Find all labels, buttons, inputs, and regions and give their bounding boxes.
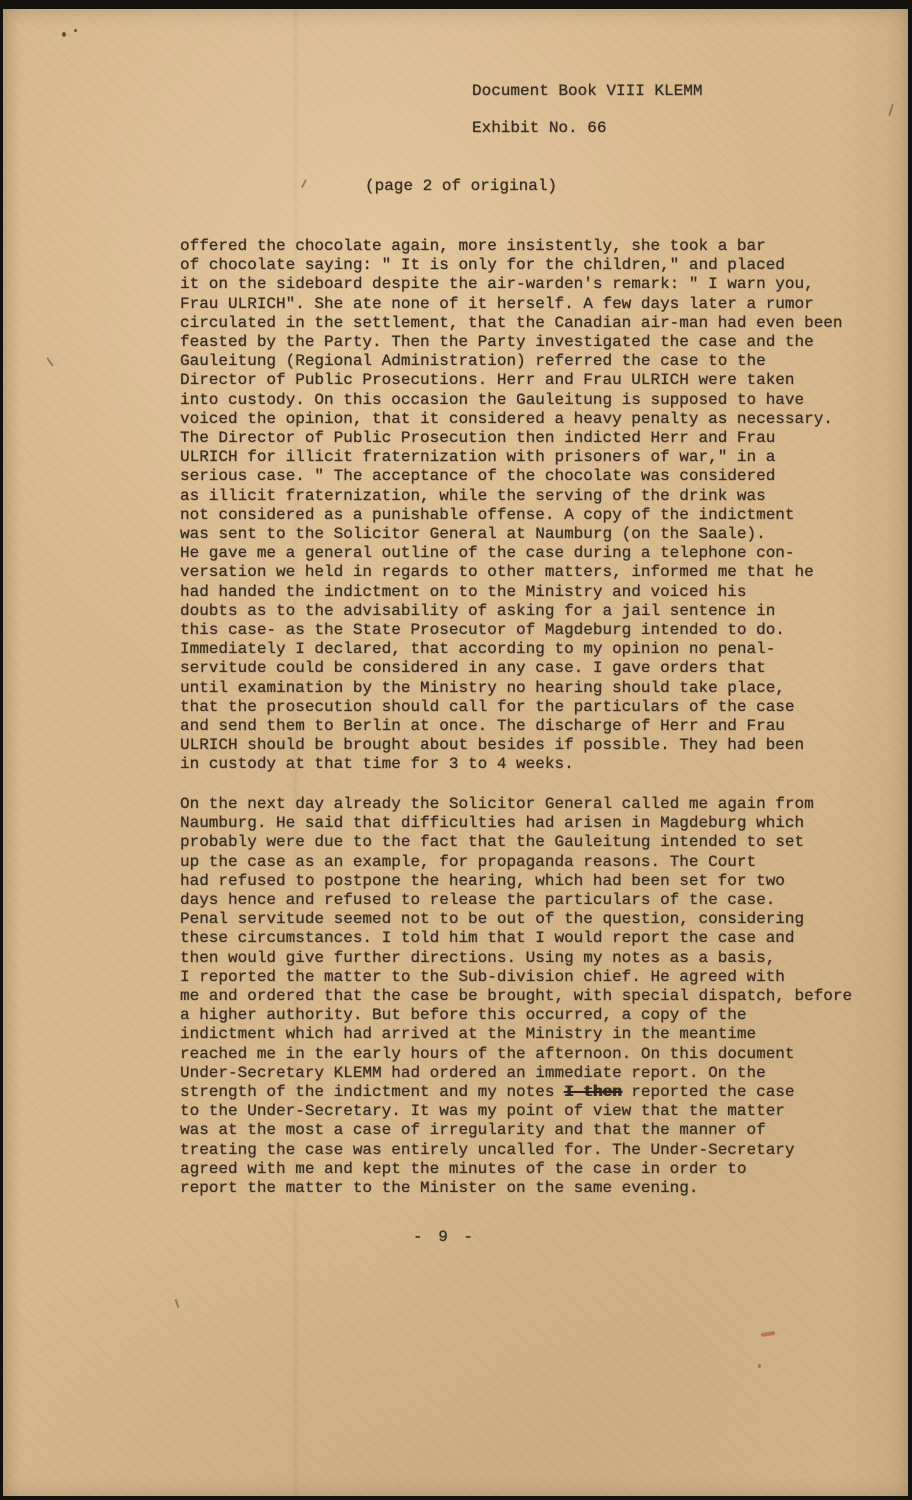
exhibit-number: Exhibit No. 66	[472, 119, 606, 138]
ink-speck	[758, 1364, 761, 1368]
paper-sheet: Document Book VIII KLEMM Exhibit No. 66 …	[3, 9, 908, 1496]
rust-stain-mark	[761, 1331, 775, 1337]
body-paragraph-1: offered the chocolate again, more insist…	[180, 237, 886, 775]
page-number: - 9 -	[413, 1228, 476, 1247]
scanned-document-page: Document Book VIII KLEMM Exhibit No. 66 …	[0, 0, 912, 1500]
pencil-tick-mark	[888, 104, 893, 116]
pencil-tick-mark	[46, 357, 53, 366]
original-page-note: (page 2 of original)	[365, 177, 557, 196]
pencil-tick-mark	[175, 1299, 179, 1308]
pencil-tick-mark	[301, 179, 307, 188]
document-book-title: Document Book VIII KLEMM	[472, 82, 702, 101]
ink-speck	[240, 339, 243, 342]
paragraph-2-text: On the next day already the Solicitor Ge…	[180, 795, 852, 1101]
ink-speck	[62, 32, 66, 37]
body-paragraph-2: On the next day already the Solicitor Ge…	[180, 795, 886, 1198]
overtyped-correction: I then	[564, 1083, 622, 1101]
ink-speck	[74, 29, 77, 32]
